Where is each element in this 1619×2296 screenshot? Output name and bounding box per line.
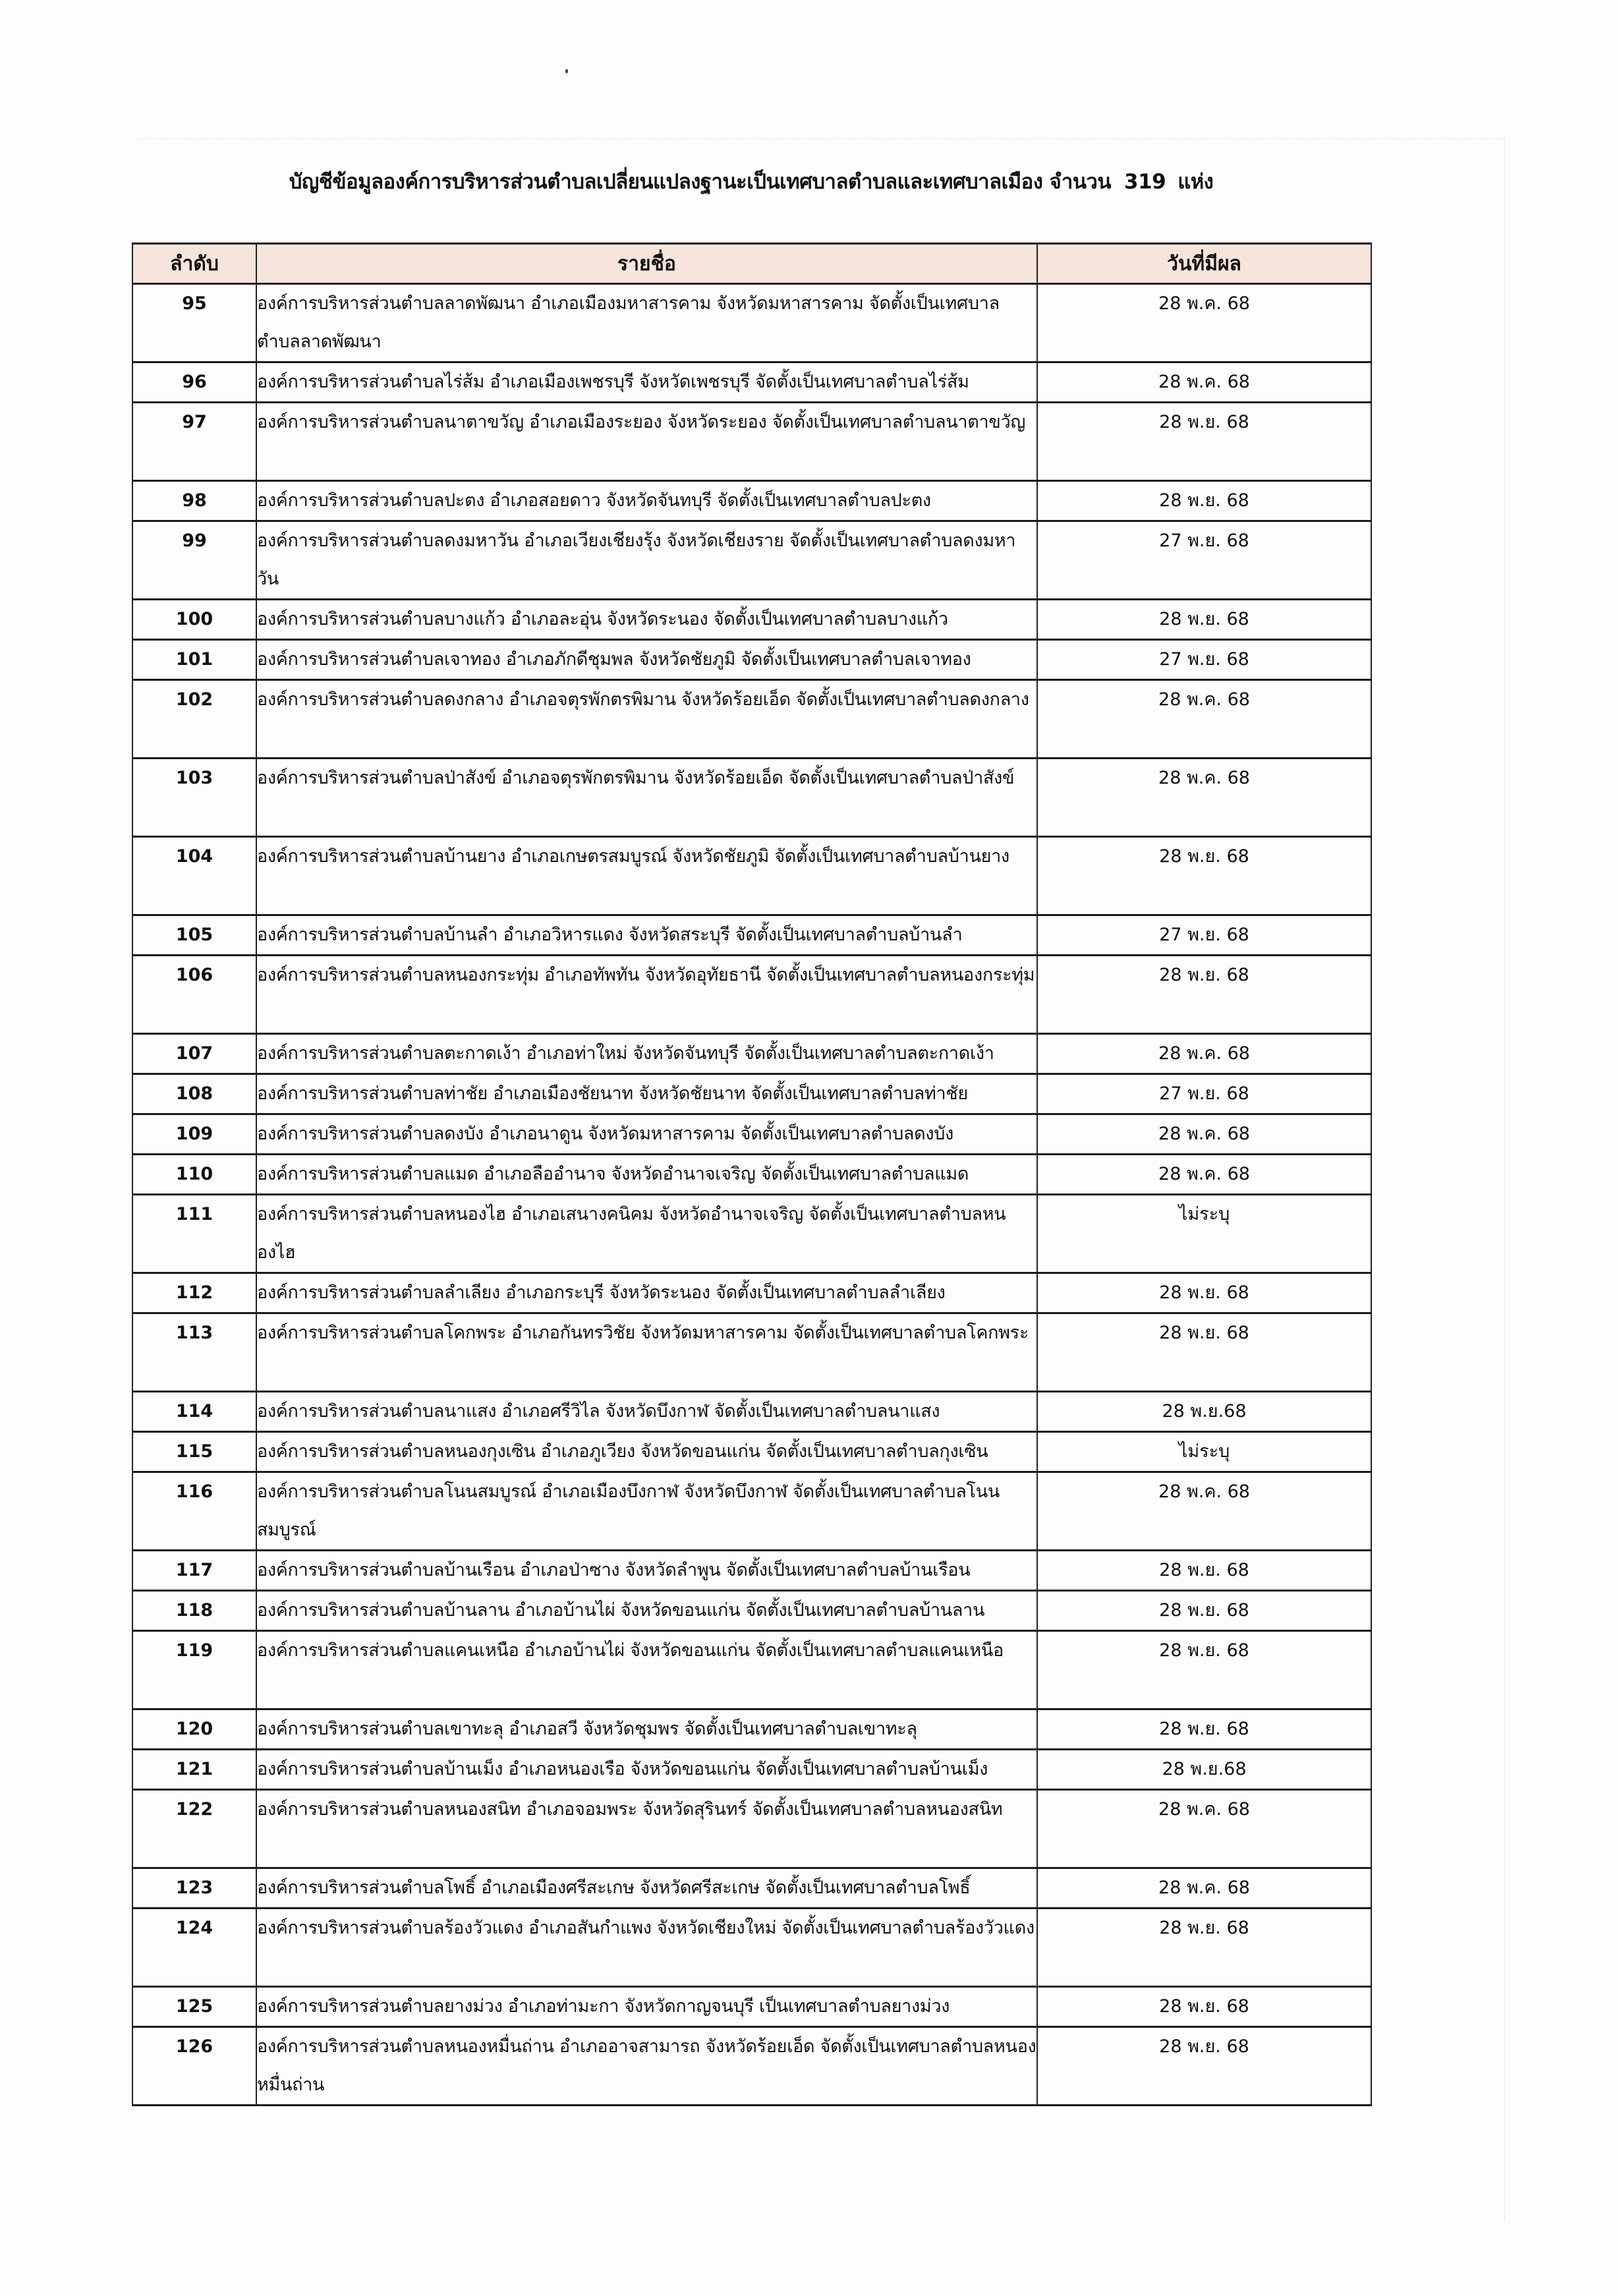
row-name: องค์การบริหารส่วนตำบลเจาทอง อำเภอภักดีชุ…: [256, 640, 1037, 680]
row-number: 97: [132, 403, 256, 481]
row-effective-date: 28 พ.ย.68: [1037, 1392, 1371, 1432]
row-number: 119: [132, 1631, 256, 1709]
row-number: 95: [132, 284, 256, 362]
table-row: 111องค์การบริหารส่วนตำบลหนองไฮ อำเภอเสนา…: [132, 1195, 1371, 1273]
row-number: 112: [132, 1273, 256, 1313]
row-effective-date: 27 พ.ย. 68: [1037, 1074, 1371, 1114]
table-row: 103องค์การบริหารส่วนตำบลป่าสังข์ อำเภอจต…: [132, 759, 1371, 837]
row-effective-date: 28 พ.ค. 68: [1037, 284, 1371, 362]
row-number: 120: [132, 1709, 256, 1750]
title-text: บัญชีข้อมูลองค์การบริหารส่วนตำบลเปลี่ยนแ…: [289, 170, 1111, 194]
row-effective-date: 28 พ.ย. 68: [1037, 1909, 1371, 1987]
row-number: 96: [132, 362, 256, 403]
row-number: 115: [132, 1432, 256, 1472]
table-row: 108องค์การบริหารส่วนตำบลท่าชัย อำเภอเมือ…: [132, 1074, 1371, 1114]
document-title: บัญชีข้อมูลองค์การบริหารส่วนตำบลเปลี่ยนแ…: [132, 165, 1371, 198]
row-number: 124: [132, 1909, 256, 1987]
row-effective-date: 28 พ.ค. 68: [1037, 1114, 1371, 1155]
row-effective-date: 28 พ.ย. 68: [1037, 1551, 1371, 1591]
table-row: 126องค์การบริหารส่วนตำบลหนองหมื่นถ่าน อำ…: [132, 2027, 1371, 2106]
row-number: 105: [132, 915, 256, 956]
row-name: องค์การบริหารส่วนตำบลท่าชัย อำเภอเมืองชั…: [256, 1074, 1037, 1114]
row-name: องค์การบริหารส่วนตำบลนาตาขวัญ อำเภอเมือง…: [256, 403, 1037, 481]
row-name: องค์การบริหารส่วนตำบลป่าสังข์ อำเภอจตุรพ…: [256, 759, 1037, 837]
table-row: 117องค์การบริหารส่วนตำบลบ้านเรือน อำเภอป…: [132, 1551, 1371, 1591]
row-name: องค์การบริหารส่วนตำบลดงมหาวัน อำเภอเวียง…: [256, 521, 1037, 600]
table-row: 119องค์การบริหารส่วนตำบลแคนเหนือ อำเภอบ้…: [132, 1631, 1371, 1709]
row-name: องค์การบริหารส่วนตำบลโคกพระ อำเภอกันทรวิ…: [256, 1313, 1037, 1392]
table-row: 116องค์การบริหารส่วนตำบลโนนสมบูรณ์ อำเภอ…: [132, 1472, 1371, 1551]
row-number: 104: [132, 837, 256, 915]
row-effective-date: 28 พ.ค. 68: [1037, 1472, 1371, 1551]
row-effective-date: 28 พ.ย. 68: [1037, 403, 1371, 481]
header-name: รายชื่อ: [256, 244, 1037, 284]
row-effective-date: 28 พ.ย. 68: [1037, 1591, 1371, 1631]
table-row: 113องค์การบริหารส่วนตำบลโคกพระ อำเภอกันท…: [132, 1313, 1371, 1392]
row-name: องค์การบริหารส่วนตำบลบ้านลำ อำเภอวิหารแด…: [256, 915, 1037, 956]
row-effective-date: 28 พ.ค. 68: [1037, 759, 1371, 837]
table-row: 118องค์การบริหารส่วนตำบลบ้านลาน อำเภอบ้า…: [132, 1591, 1371, 1631]
row-number: 106: [132, 956, 256, 1034]
row-number: 126: [132, 2027, 256, 2106]
table-row: 97องค์การบริหารส่วนตำบลนาตาขวัญ อำเภอเมื…: [132, 403, 1371, 481]
row-number: 111: [132, 1195, 256, 1273]
row-number: 113: [132, 1313, 256, 1392]
row-name: องค์การบริหารส่วนตำบลลาดพัฒนา อำเภอเมือง…: [256, 284, 1037, 362]
scan-speck: [565, 69, 568, 73]
table-row: 123องค์การบริหารส่วนตำบลโพธิ์ อำเภอเมือง…: [132, 1868, 1371, 1909]
table-row: 105องค์การบริหารส่วนตำบลบ้านลำ อำเภอวิหา…: [132, 915, 1371, 956]
row-name: องค์การบริหารส่วนตำบลบ้านลาน อำเภอบ้านไผ…: [256, 1591, 1037, 1631]
row-effective-date: 28 พ.ค. 68: [1037, 1034, 1371, 1074]
row-number: 117: [132, 1551, 256, 1591]
table-row: 125องค์การบริหารส่วนตำบลยางม่วง อำเภอท่า…: [132, 1987, 1371, 2027]
table-row: 112องค์การบริหารส่วนตำบลลำเลียง อำเภอกระ…: [132, 1273, 1371, 1313]
row-effective-date: 28 พ.ย. 68: [1037, 1631, 1371, 1709]
row-name: องค์การบริหารส่วนตำบลบ้านเรือน อำเภอป่าซ…: [256, 1551, 1037, 1591]
row-number: 101: [132, 640, 256, 680]
table-row: 102องค์การบริหารส่วนตำบลดงกลาง อำเภอจตุร…: [132, 680, 1371, 759]
table-row: 101องค์การบริหารส่วนตำบลเจาทอง อำเภอภักด…: [132, 640, 1371, 680]
row-name: องค์การบริหารส่วนตำบลนาแสง อำเภอศรีวิไล …: [256, 1392, 1037, 1432]
row-number: 122: [132, 1790, 256, 1868]
row-name: องค์การบริหารส่วนตำบลโพธิ์ อำเภอเมืองศรี…: [256, 1868, 1037, 1909]
table-row: 98องค์การบริหารส่วนตำบลปะตง อำเภอสอยดาว …: [132, 481, 1371, 521]
table-row: 99องค์การบริหารส่วนตำบลดงมหาวัน อำเภอเวี…: [132, 521, 1371, 600]
table-row: 121องค์การบริหารส่วนตำบลบ้านเม็ง อำเภอหน…: [132, 1750, 1371, 1790]
row-effective-date: 27 พ.ย. 68: [1037, 915, 1371, 956]
row-name: องค์การบริหารส่วนตำบลหนองหมื่นถ่าน อำเภอ…: [256, 2027, 1037, 2106]
row-effective-date: 28 พ.ย. 68: [1037, 1273, 1371, 1313]
table-row: 124องค์การบริหารส่วนตำบลร้องวัวแดง อำเภอ…: [132, 1909, 1371, 1987]
row-number: 116: [132, 1472, 256, 1551]
title-unit: แห่ง: [1178, 170, 1213, 194]
row-number: 110: [132, 1155, 256, 1195]
row-effective-date: 28 พ.ค. 68: [1037, 1790, 1371, 1868]
title-count: 319: [1124, 170, 1166, 194]
table-row: 122องค์การบริหารส่วนตำบลหนองสนิท อำเภอจอ…: [132, 1790, 1371, 1868]
row-effective-date: 28 พ.ย. 68: [1037, 600, 1371, 640]
row-name: องค์การบริหารส่วนตำบลเขาทะลุ อำเภอสวี จั…: [256, 1709, 1037, 1750]
row-effective-date: 28 พ.ค. 68: [1037, 362, 1371, 403]
row-number: 125: [132, 1987, 256, 2027]
row-name: องค์การบริหารส่วนตำบลปะตง อำเภอสอยดาว จั…: [256, 481, 1037, 521]
row-name: องค์การบริหารส่วนตำบลบ้านเม็ง อำเภอหนองเ…: [256, 1750, 1037, 1790]
table-header-row: ลำดับ รายชื่อ วันที่มีผล: [132, 244, 1371, 284]
row-number: 121: [132, 1750, 256, 1790]
row-name: องค์การบริหารส่วนตำบลยางม่วง อำเภอท่ามะก…: [256, 1987, 1037, 2027]
municipality-table: ลำดับ รายชื่อ วันที่มีผล 95องค์การบริหาร…: [132, 243, 1372, 2106]
row-effective-date: 28 พ.ย. 68: [1037, 481, 1371, 521]
table-row: 104องค์การบริหารส่วนตำบลบ้านยาง อำเภอเกษ…: [132, 837, 1371, 915]
row-name: องค์การบริหารส่วนตำบลหนองสนิท อำเภอจอมพร…: [256, 1790, 1037, 1868]
header-order: ลำดับ: [132, 244, 256, 284]
table-row: 114องค์การบริหารส่วนตำบลนาแสง อำเภอศรีวิ…: [132, 1392, 1371, 1432]
row-name: องค์การบริหารส่วนตำบลแคนเหนือ อำเภอบ้านไ…: [256, 1631, 1037, 1709]
row-effective-date: 28 พ.ย. 68: [1037, 837, 1371, 915]
table-row: 107องค์การบริหารส่วนตำบลตะกาดเง้า อำเภอท…: [132, 1034, 1371, 1074]
table-row: 100องค์การบริหารส่วนตำบลบางแก้ว อำเภอละอ…: [132, 600, 1371, 640]
row-name: องค์การบริหารส่วนตำบลร้องวัวแดง อำเภอสัน…: [256, 1909, 1037, 1987]
row-number: 98: [132, 481, 256, 521]
row-name: องค์การบริหารส่วนตำบลตะกาดเง้า อำเภอท่าใ…: [256, 1034, 1037, 1074]
table-row: 120องค์การบริหารส่วนตำบลเขาทะลุ อำเภอสวี…: [132, 1709, 1371, 1750]
row-name: องค์การบริหารส่วนตำบลดงบัง อำเภอนาดูน จั…: [256, 1114, 1037, 1155]
table-body: 95องค์การบริหารส่วนตำบลลาดพัฒนา อำเภอเมื…: [132, 284, 1371, 2106]
table-row: 110องค์การบริหารส่วนตำบลแมด อำเภอลืออำนา…: [132, 1155, 1371, 1195]
row-effective-date: 28 พ.ย. 68: [1037, 1987, 1371, 2027]
header-effective-date: วันที่มีผล: [1037, 244, 1371, 284]
row-effective-date: 27 พ.ย. 68: [1037, 521, 1371, 600]
row-number: 109: [132, 1114, 256, 1155]
table-row: 109องค์การบริหารส่วนตำบลดงบัง อำเภอนาดูน…: [132, 1114, 1371, 1155]
row-number: 108: [132, 1074, 256, 1114]
row-effective-date: 27 พ.ย. 68: [1037, 640, 1371, 680]
row-name: องค์การบริหารส่วนตำบลโนนสมบูรณ์ อำเภอเมื…: [256, 1472, 1037, 1551]
row-effective-date: 28 พ.ค. 68: [1037, 1868, 1371, 1909]
row-number: 102: [132, 680, 256, 759]
row-effective-date: 28 พ.ย. 68: [1037, 2027, 1371, 2106]
row-number: 118: [132, 1591, 256, 1631]
row-name: องค์การบริหารส่วนตำบลบางแก้ว อำเภอละอุ่น…: [256, 600, 1037, 640]
row-name: องค์การบริหารส่วนตำบลหนองกุงเซิน อำเภอภู…: [256, 1432, 1037, 1472]
row-effective-date: 28 พ.ย. 68: [1037, 956, 1371, 1034]
row-number: 99: [132, 521, 256, 600]
row-name: องค์การบริหารส่วนตำบลบ้านยาง อำเภอเกษตรส…: [256, 837, 1037, 915]
table-row: 115องค์การบริหารส่วนตำบลหนองกุงเซิน อำเภ…: [132, 1432, 1371, 1472]
table-row: 96องค์การบริหารส่วนตำบลไร่ส้ม อำเภอเมือง…: [132, 362, 1371, 403]
row-name: องค์การบริหารส่วนตำบลหนองกระทุ่ม อำเภอทั…: [256, 956, 1037, 1034]
row-name: องค์การบริหารส่วนตำบลดงกลาง อำเภอจตุรพัก…: [256, 680, 1037, 759]
row-number: 103: [132, 759, 256, 837]
row-name: องค์การบริหารส่วนตำบลลำเลียง อำเภอกระบุร…: [256, 1273, 1037, 1313]
row-effective-date: ไม่ระบุ: [1037, 1432, 1371, 1472]
row-effective-date: ไม่ระบุ: [1037, 1195, 1371, 1273]
row-number: 114: [132, 1392, 256, 1432]
row-number: 100: [132, 600, 256, 640]
row-number: 107: [132, 1034, 256, 1074]
table-row: 106องค์การบริหารส่วนตำบลหนองกระทุ่ม อำเภ…: [132, 956, 1371, 1034]
row-name: องค์การบริหารส่วนตำบลแมด อำเภอลืออำนาจ จ…: [256, 1155, 1037, 1195]
row-effective-date: 28 พ.ย. 68: [1037, 1313, 1371, 1392]
row-name: องค์การบริหารส่วนตำบลหนองไฮ อำเภอเสนางคน…: [256, 1195, 1037, 1273]
table-row: 95องค์การบริหารส่วนตำบลลาดพัฒนา อำเภอเมื…: [132, 284, 1371, 362]
row-effective-date: 28 พ.ย. 68: [1037, 1709, 1371, 1750]
row-effective-date: 28 พ.ค. 68: [1037, 1155, 1371, 1195]
row-effective-date: 28 พ.ค. 68: [1037, 680, 1371, 759]
row-name: องค์การบริหารส่วนตำบลไร่ส้ม อำเภอเมืองเพ…: [256, 362, 1037, 403]
row-effective-date: 28 พ.ย.68: [1037, 1750, 1371, 1790]
row-number: 123: [132, 1868, 256, 1909]
